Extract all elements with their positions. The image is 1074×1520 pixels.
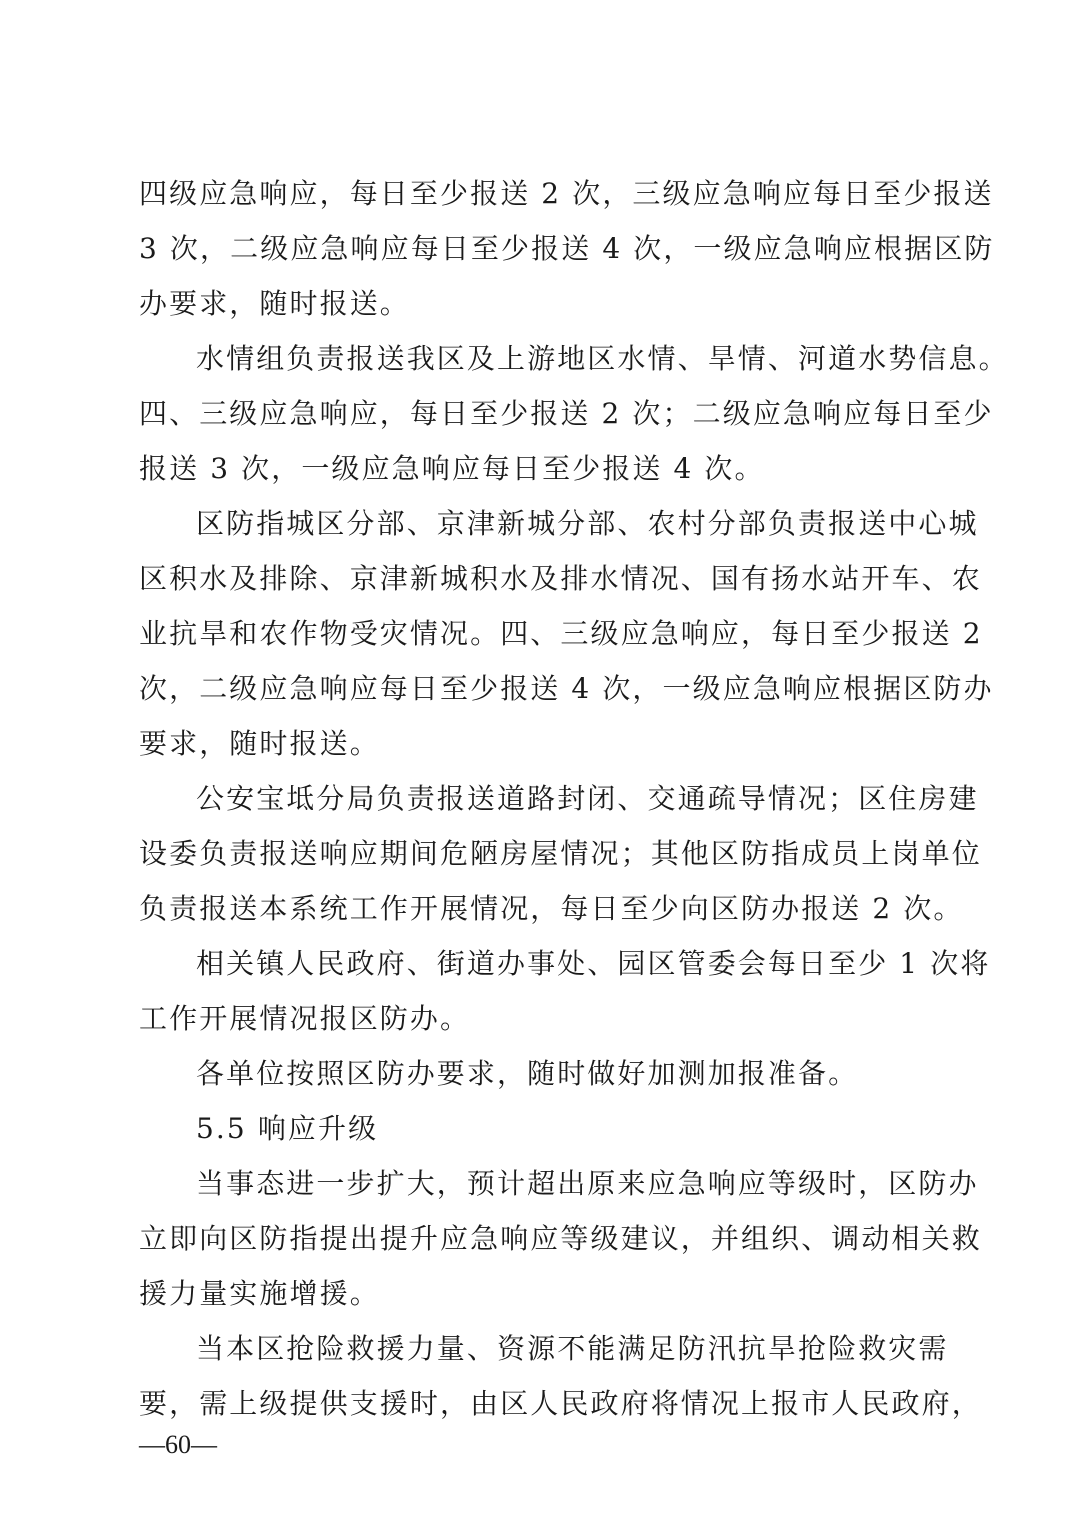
text-line: 办要求，随时报送。 [139,284,410,324]
text-line: 援力量实施增援。 [139,1274,380,1314]
text-line: 负责报送本系统工作开展情况，每日至少向区防办报送 2 次。 [139,889,964,929]
text-line: 次，二级应急响应每日至少报送 4 次，一级应急响应根据区防办 [139,669,994,709]
text-line: 要，需上级提供支援时，由区人民政府将情况上报市人民政府， [139,1384,982,1424]
page-number: —60— [139,1428,217,1462]
text-line: 四、三级应急响应，每日至少报送 2 次；二级应急响应每日至少 [139,394,994,434]
text-line: 当本区抢险救援力量、资源不能满足防汛抗旱抢险救灾需 [196,1329,949,1369]
text-line: 3 次，二级应急响应每日至少报送 4 次，一级应急响应根据区防 [139,229,994,269]
text-line: 各单位按照区防办要求，随时做好加测加报准备。 [196,1054,858,1094]
text-line: 设委负责报送响应期间危陋房屋情况；其他区防指成员上岗单位 [139,834,982,874]
text-line: 相关镇人民政府、街道办事处、园区管委会每日至少 1 次将 [196,944,990,984]
text-line: 当事态进一步扩大，预计超出原来应急响应等级时，区防办 [196,1164,979,1204]
text-line: 报送 3 次，一级应急响应每日至少报送 4 次。 [139,449,765,489]
text-line: 四级应急响应，每日至少报送 2 次，三级应急响应每日至少报送 [139,174,994,214]
text-line: 工作开展情况报区防办。 [139,999,470,1039]
text-line: 区积水及排除、京津新城积水及排水情况、国有扬水站开车、农 [139,559,982,599]
text-line: 水情组负责报送我区及上游地区水情、旱情、河道水势信息。 [196,339,1009,379]
text-line: 立即向区防指提出提升应急响应等级建议，并组织、调动相关救 [139,1219,982,1259]
text-line: 公安宝坻分局负责报送道路封闭、交通疏导情况；区住房建 [196,779,979,819]
text-line: 要求，随时报送。 [139,724,380,764]
section-heading: 5.5 响应升级 [196,1109,378,1149]
document-page: 四级应急响应，每日至少报送 2 次，三级应急响应每日至少报送 3 次，二级应急响… [0,0,1074,1520]
text-line: 区防指城区分部、京津新城分部、农村分部负责报送中心城 [196,504,979,544]
text-line: 业抗旱和农作物受灾情况。四、三级应急响应，每日至少报送 2 [139,614,983,654]
